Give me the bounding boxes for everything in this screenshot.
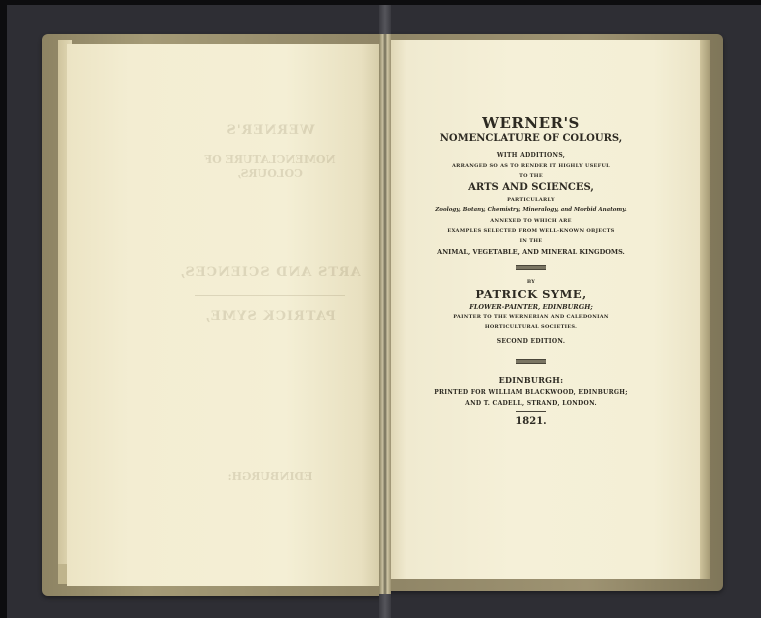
by-line: BY [400,277,662,287]
bleed-line: ARTS AND SCIENCES, [170,265,370,282]
kingdoms-line: ANIMAL, VEGETABLE, AND MINERAL KINGDOMS. [400,246,662,258]
book-subtitle: NOMENCLATURE OF COLOURS, [400,132,662,146]
bleed-line: PATRICK SYME, [170,309,370,326]
gutter-bottom [379,594,391,618]
bleed-line: NOMENCLATURE OF COLOURS, [170,153,370,182]
left-page-bleed-through: WERNER'S NOMENCLATURE OF COLOURS, ARTS A… [170,110,370,470]
book-title: WERNER'S [400,114,662,132]
imprint-printer-2: AND T. CADELL, STRAND, LONDON. [400,398,662,409]
arts-and-sciences: ARTS AND SCIENCES, [400,181,662,195]
gutter-top [379,5,391,34]
page-right-edge [700,40,710,579]
bleed-line: WERNER'S [170,123,370,140]
to-the-line: TO THE [400,171,662,181]
book-spine [379,34,391,594]
author-societies: HORTICULTURAL SOCIETIES. [400,322,662,332]
with-additions: WITH ADDITIONS, [400,150,662,161]
examples-line: EXAMPLES SELECTED FROM WELL-KNOWN OBJECT… [400,226,662,236]
arranged-line: ARRANGED SO AS TO RENDER IT HIGHLY USEFU… [400,161,662,171]
particularly-line: PARTICULARLY [400,195,662,205]
title-page: WERNER'S NOMENCLATURE OF COLOURS, WITH A… [400,114,662,429]
imprint-printer-1: PRINTED FOR WILLIAM BLACKWOOD, EDINBURGH… [400,387,662,398]
imprint-rule [516,411,546,412]
scan-border-left [0,0,7,618]
ornamental-rule [516,359,546,364]
fields-line: Zoology, Botany, Chemistry, Mineralogy, … [400,205,662,216]
author-name: PATRICK SYME, [400,287,662,302]
edition-line: SECOND EDITION. [400,336,662,347]
bleed-line: EDINBURGH: [170,470,370,484]
publication-year: 1821. [400,415,662,429]
author-role: PAINTER TO THE WERNERIAN AND CALEDONIAN [400,312,662,322]
author-title: FLOWER-PAINTER, EDINBURGH; [400,302,662,312]
imprint-place: EDINBURGH: [400,374,662,387]
in-the-line: IN THE [400,236,662,246]
ornamental-rule [516,265,546,270]
annexed-line: ANNEXED TO WHICH ARE [400,216,662,226]
